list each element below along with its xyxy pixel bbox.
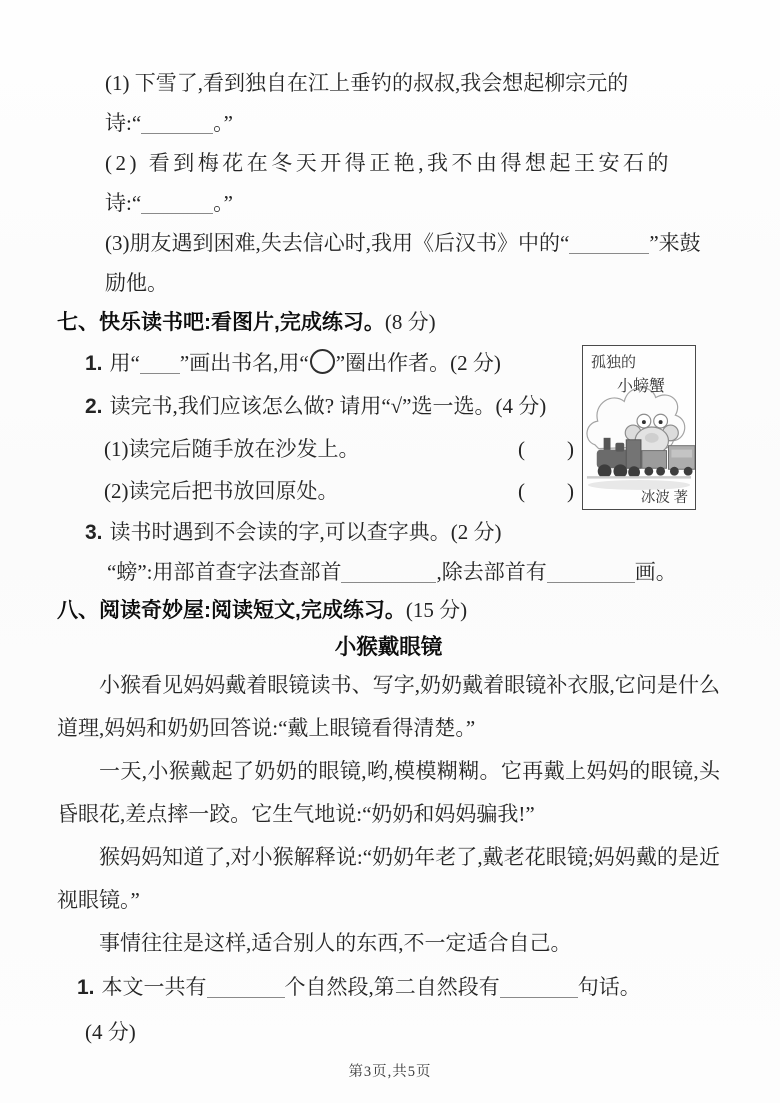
s7-q1-mid: ”画出书名,用“ [180, 351, 309, 375]
answer-blank [207, 977, 285, 998]
recall-1-line-2: 诗:“。” [105, 103, 720, 143]
s7-q2-option-2: (2)读完后把书放回原处。( ) [104, 470, 574, 512]
option-1-label: (1)读完后随手放在沙发上。 [104, 428, 360, 470]
wheel [613, 464, 627, 478]
wheel [656, 467, 665, 476]
answer-blank [547, 562, 635, 583]
book-author: 冰波 著 [641, 486, 688, 507]
option-2-label: (2)读完后把书放回原处。 [104, 470, 339, 512]
s8-q1-score: (4 分) [85, 1010, 720, 1054]
s7-q1-pre: 用“ [110, 351, 140, 375]
s8-q1-post: 句话。 [578, 975, 641, 999]
s7-q3-sub-post: 画。 [635, 560, 677, 584]
answer-bracket: ( ) [518, 470, 574, 512]
poem-recall-item-2: (2) 看到梅花在冬天开得正艳,我不由得想起王安石的 诗:“。” [105, 143, 720, 223]
s7-q2-text: 读完书,我们应该怎么做? 请用“√”选一选。(4 分) [110, 394, 547, 418]
recall-2-prefix: 诗:“ [105, 191, 141, 215]
crab-pupil-left [642, 420, 646, 424]
s8-question-1: 1.本文一共有个自然段,第二自然段有句话。 [77, 965, 720, 1010]
page-footer: 第3页,共5页 [0, 1060, 780, 1081]
s7-q1-number: 1. [85, 352, 103, 375]
rail-line [587, 476, 691, 478]
s8-q1-number: 1. [77, 976, 95, 999]
locomotive-cab [626, 440, 641, 468]
wheel [644, 467, 653, 476]
recall-2-line-1: (2) 看到梅花在冬天开得正艳,我不由得想起王安石的 [105, 143, 720, 183]
poem-recall-item-3: (3)朋友遇到困难,失去信心时,我用《后汉书》中的“”来鼓 励他。 [105, 223, 720, 303]
section-seven-score: (8 分) [385, 310, 436, 334]
passage-paragraph-4: 事情往往是这样,适合别人的东西,不一定适合自己。 [57, 922, 720, 965]
worksheet-page: (1) 下雪了,看到独自在江上垂钓的叔叔,我会想起柳宗元的 诗:“。” (2) … [0, 0, 780, 1103]
recall-3-line-1: (3)朋友遇到困难,失去信心时,我用《后汉书》中的“”来鼓 [105, 223, 720, 263]
answer-blank [569, 233, 649, 254]
recall-2-text: (2) 看到梅花在冬天开得正艳,我不由得想起王安石的 [105, 151, 672, 175]
s7-q2-number: 2. [85, 395, 103, 418]
crab-pupil-right [659, 420, 663, 424]
poem-recall-item-1: (1) 下雪了,看到独自在江上垂钓的叔叔,我会想起柳宗元的 诗:“。” [105, 63, 720, 143]
section-eight-title: 八、阅读奇妙屋:阅读短文,完成练习。 [57, 599, 406, 622]
book-cover: 孤独的 小螃蟹 冰波 著 [582, 345, 696, 510]
section-seven-title: 七、快乐读书吧:看图片,完成练习。 [57, 311, 385, 334]
train-car-2-panel [671, 450, 692, 458]
recall-2-suffix: 。” [213, 191, 233, 215]
answer-blank [500, 977, 578, 998]
recall-1-suffix: 。” [213, 111, 233, 135]
recall-2-line-2: 诗:“。” [105, 183, 720, 223]
book-title-line-2: 小螃蟹 [617, 373, 665, 396]
section-seven-heading: 七、快乐读书吧:看图片,完成练习。(8 分) [57, 303, 720, 342]
answer-blank [141, 113, 213, 134]
locomotive-dome [615, 443, 624, 452]
wheel [670, 467, 679, 476]
train-car-1 [642, 451, 667, 469]
s7-q3-number: 3. [85, 521, 103, 544]
answer-blank [341, 562, 436, 583]
recall-1-prefix: 诗:“ [105, 111, 141, 135]
recall-1-line-1: (1) 下雪了,看到独自在江上垂钓的叔叔,我会想起柳宗元的 [105, 63, 720, 103]
recall-3-prefix: (3)朋友遇到困难,失去信心时,我用《后汉书》中的“ [105, 231, 569, 255]
recall-3-text: 励他。 [105, 271, 168, 295]
s7-q3-sub-mid: ,除去部首有 [436, 560, 546, 584]
s7-q1-post: ”圈出作者。(2 分) [336, 351, 501, 375]
recall-1-text: (1) 下雪了,看到独自在江上垂钓的叔叔,我会想起柳宗元的 [105, 71, 628, 95]
s7-q3-text: 读书时遇到不会读的字,可以查字典。(2 分) [110, 520, 502, 544]
answer-bracket: ( ) [518, 428, 574, 470]
passage-paragraph-3: 猴妈妈知道了,对小猴解释说:“奶奶年老了,戴老花眼镜;妈妈戴的是近视眼镜。” [57, 836, 720, 922]
book-title-line-1: 孤独的 [591, 351, 636, 372]
wheel [598, 464, 612, 478]
recall-3-suffix: ”来鼓 [649, 231, 700, 255]
section-eight-heading: 八、阅读奇妙屋:阅读短文,完成练习。(15 分) [57, 591, 720, 630]
passage-paragraph-2: 一天,小猴戴起了奶奶的眼镜,哟,模模糊糊。它再戴上妈妈的眼镜,头昏眼花,差点摔一… [57, 750, 720, 836]
circle-mark-icon [310, 349, 335, 374]
s7-q2-option-1: (1)读完后随手放在沙发上。( ) [104, 428, 574, 470]
recall-3-line-2: 励他。 [105, 263, 720, 303]
passage-title: 小猴戴眼镜 [57, 630, 720, 664]
worksheet-content: (1) 下雪了,看到独自在江上垂钓的叔叔,我会想起柳宗元的 诗:“。” (2) … [0, 0, 780, 1054]
s7-question-3: 3.读书时遇到不会读的字,可以查字典。(2 分) [85, 512, 720, 553]
wheel [684, 467, 693, 476]
answer-blank [140, 353, 180, 374]
s7-q3-sub-pre: “螃”:用部首查字法查部首 [107, 560, 341, 584]
section-eight-score: (15 分) [406, 598, 467, 622]
s8-q1-mid: 个自然段,第二自然段有 [285, 975, 500, 999]
answer-blank [141, 193, 213, 214]
s8-q1-pre: 本文一共有 [102, 975, 207, 999]
passage-paragraph-1: 小猴看见妈妈戴着眼镜读书、写字,奶奶戴着眼镜补衣服,它问是什么道理,妈妈和奶奶回… [57, 664, 720, 750]
s7-q3-subquestion: “螃”:用部首查字法查部首,除去部首有画。 [107, 553, 720, 591]
crab-face [645, 433, 659, 443]
